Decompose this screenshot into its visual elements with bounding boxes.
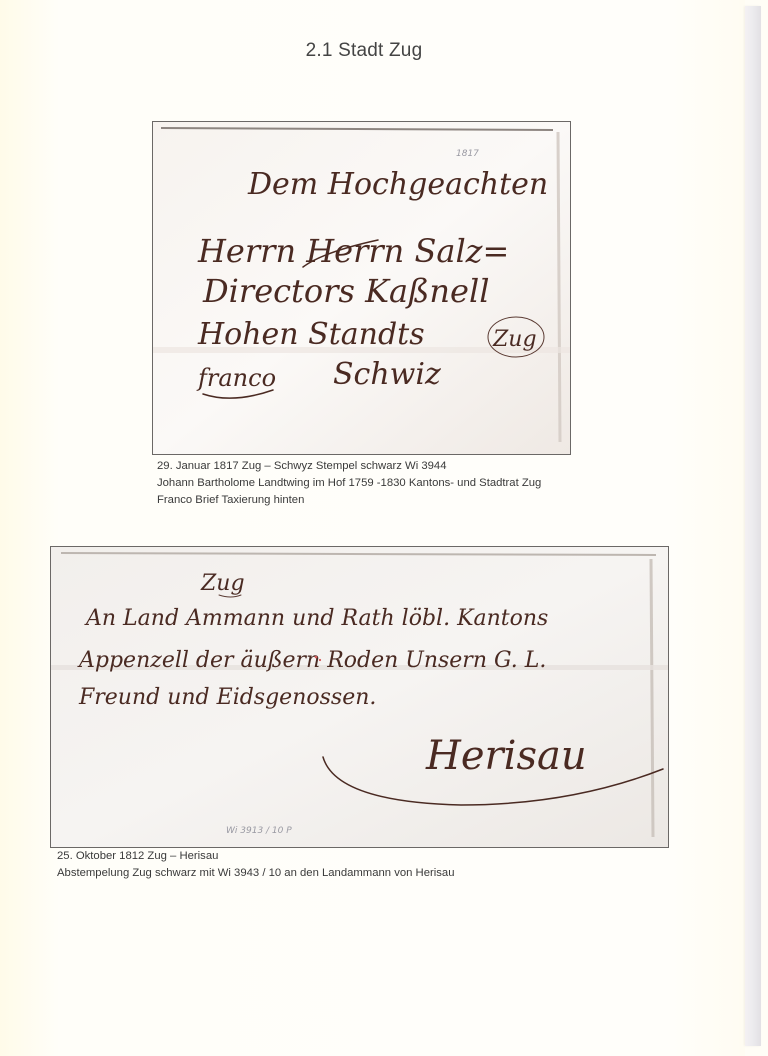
svg-text:Directors Kaßnell: Directors Kaßnell [202,272,489,310]
letter-1-caption: 29. Januar 1817 Zug – Schwyz Stempel sch… [157,458,541,509]
letter-image-1: 1817 Dem Hochgeachten Herrn Herrn Salz= … [152,121,571,455]
caption-line: 25. Oktober 1812 Zug – Herisau [57,848,455,865]
letter-2-handwriting: Zug An Land Ammann und Rath löbl. Kanton… [51,547,668,847]
svg-text:1817: 1817 [456,149,479,159]
svg-text:Herrn Herrn Salz=: Herrn Herrn Salz= [197,232,509,270]
svg-text:Wi 3913 / 10 P: Wi 3913 / 10 P [226,826,292,836]
svg-text:franco: franco [196,364,276,392]
caption-line: Johann Bartholome Landtwing im Hof 1759 … [157,475,541,492]
caption-line: Abstempelung Zug schwarz mit Wi 3943 / 1… [57,865,455,882]
page-edge [745,6,761,1046]
page-title: 2.1 Stadt Zug [0,40,728,62]
svg-text:Schwiz: Schwiz [333,357,441,392]
zug-straight-line-postmark: Zug [200,571,245,596]
svg-text:An Land Ammann und Rath löbl.: An Land Ammann und Rath löbl. Kantons [84,606,548,631]
letter-1-handwriting: 1817 Dem Hochgeachten Herrn Herrn Salz= … [153,122,570,454]
caption-line: Franco Brief Taxierung hinten [157,492,541,509]
zug-oval-postmark: Zug [492,327,537,352]
svg-text:Hohen Standts: Hohen Standts [197,317,425,352]
letter-2-caption: 25. Oktober 1812 Zug – Herisau Abstempel… [57,848,455,882]
destination-herisau: Herisau [425,733,587,779]
caption-line: 29. Januar 1817 Zug – Schwyz Stempel sch… [157,458,541,475]
svg-text:Appenzell der äußern Roden Uns: Appenzell der äußern Roden Unsern G. L. [77,648,546,673]
svg-text:Dem Hochgeachten: Dem Hochgeachten [247,167,548,202]
svg-text:Freund und Eidsgenossen.: Freund und Eidsgenossen. [78,685,376,710]
letter-image-2: Zug An Land Ammann und Rath löbl. Kanton… [50,546,669,848]
